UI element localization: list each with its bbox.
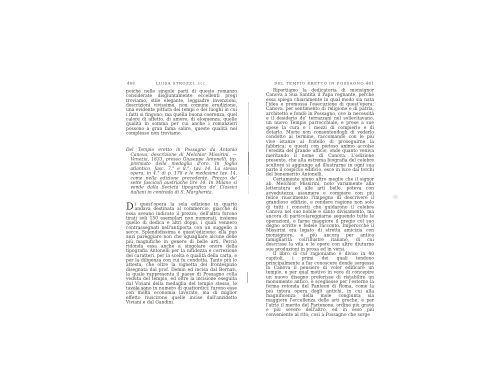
pencil-smudge-mark [130, 288, 149, 291]
previous-article-ending-paragraph: poiché nelle singole parti di questo rom… [126, 90, 237, 137]
right-running-header-title: DEL TEMPIO ERETTO IN POSSAGNO. [274, 81, 366, 86]
drop-cap-letter: D [126, 202, 135, 211]
scan-speck [393, 195, 398, 199]
binding-gutter-bottom-tick [247, 272, 249, 283]
right-page-paragraph-1: Riportiamo la dedicatoria di monsignor C… [266, 89, 374, 178]
right-running-header: DEL TEMPIO ERETTO IN POSSAGNO. 461 [266, 81, 374, 87]
left-running-header: 460 LUISA STROZZI, ecc. [126, 81, 237, 87]
right-page: DEL TEMPIO ERETTO IN POSSAGNO. 461 Ripor… [266, 81, 374, 317]
scanned-book-spread: 460 LUISA STROZZI, ecc. poiché nelle sin… [0, 0, 500, 380]
right-page-number: 461 [366, 81, 374, 86]
bibliographic-entry: Del Tempio eretto in Possagno da Antonio… [126, 148, 237, 195]
left-page: 460 LUISA STROZZI, ecc. poiché nelle sin… [126, 81, 237, 305]
right-page-paragraph-3: Il libro di cui ragioniamo è diviso in 4… [266, 252, 374, 317]
right-page-paragraph-2: Certamente niuno altro meglio che il sig… [266, 177, 374, 252]
binding-gutter-faint-line [248, 176, 249, 194]
left-running-header-title: LUISA STROZZI, ecc. [156, 81, 207, 86]
left-page-number: 460 [127, 81, 135, 86]
